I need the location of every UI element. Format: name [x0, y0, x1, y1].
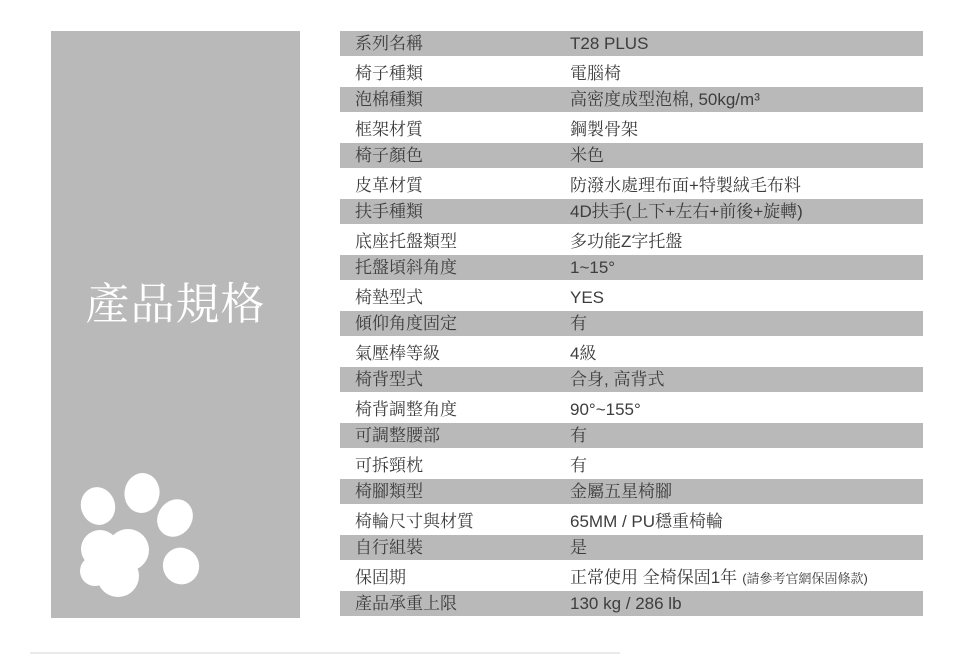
page-title: 產品規格	[51, 31, 300, 332]
spec-row: 椅輪尺寸與材質 65MM / PU穩重椅輪	[340, 507, 923, 535]
spec-value: 65MM / PU穩重椅輪	[570, 513, 923, 530]
spec-value: 130 kg / 286 lb	[570, 595, 923, 612]
spec-label: 椅子顏色	[340, 147, 570, 164]
spec-label: 椅背調整角度	[340, 401, 570, 418]
spec-label: 可拆頸枕	[340, 457, 570, 474]
spec-value: YES	[570, 289, 923, 306]
spec-value: 鋼製骨架	[570, 121, 923, 138]
spec-row: 椅背調整角度 90°~155°	[340, 395, 923, 423]
spec-row: 椅背型式 合身, 高背式	[340, 367, 923, 395]
spec-row: 椅子顏色 米色	[340, 143, 923, 171]
spec-label: 椅腳類型	[340, 483, 570, 500]
spec-row: 皮革材質 防潑水處理布面+特製絨毛布料	[340, 171, 923, 199]
spec-value: 多功能Z字托盤	[570, 233, 923, 250]
spec-label: 傾仰角度固定	[340, 315, 570, 332]
spec-label: 皮革材質	[340, 177, 570, 194]
spec-row: 泡棉種類 高密度成型泡棉, 50kg/m³	[340, 87, 923, 115]
spec-label: 可調整腰部	[340, 427, 570, 444]
spec-label: 椅墊型式	[340, 289, 570, 306]
spec-row: 產品承重上限 130 kg / 286 lb	[340, 591, 923, 619]
spec-value: 是	[570, 539, 923, 556]
spec-value: 防潑水處理布面+特製絨毛布料	[570, 177, 923, 194]
spec-label: 泡棉種類	[340, 91, 570, 108]
spec-row: 扶手種類 4D扶手(上下+左右+前後+旋轉)	[340, 199, 923, 227]
spec-value: 4D扶手(上下+左右+前後+旋轉)	[570, 203, 923, 220]
spec-value: 90°~155°	[570, 401, 923, 418]
spec-label: 保固期	[340, 569, 570, 586]
spec-row: 可拆頸枕 有	[340, 451, 923, 479]
spec-label: 椅子種類	[340, 65, 570, 82]
spec-label: 產品承重上限	[340, 595, 570, 612]
warranty-value: 正常使用 全椅保固1年	[570, 568, 737, 587]
spec-label: 氣壓棒等級	[340, 345, 570, 362]
spec-row: 氣壓棒等級 4級	[340, 339, 923, 367]
spec-label: 扶手種類	[340, 203, 570, 220]
spec-label: 椅輪尺寸與材質	[340, 513, 570, 530]
spec-value: 合身, 高背式	[570, 371, 923, 388]
spec-label: 椅背型式	[340, 371, 570, 388]
spec-value: 4級	[570, 345, 923, 362]
spec-value: 1~15°	[570, 259, 923, 276]
spec-value: 有	[570, 457, 923, 474]
spec-value: 米色	[570, 147, 923, 164]
spec-label: 框架材質	[340, 121, 570, 138]
spec-sidebar: 產品規格	[51, 31, 300, 618]
spec-label: 自行組裝	[340, 539, 570, 556]
spec-row: 框架材質 鋼製骨架	[340, 115, 923, 143]
spec-row: 傾仰角度固定 有	[340, 311, 923, 339]
spec-row: 底座托盤類型 多功能Z字托盤	[340, 227, 923, 255]
spec-label: 托盤頃斜角度	[340, 259, 570, 276]
paw-print-icon	[78, 470, 228, 610]
cropped-bottom-line	[30, 652, 620, 654]
spec-label: 系列名稱	[340, 35, 570, 52]
spec-value: 高密度成型泡棉, 50kg/m³	[570, 91, 923, 108]
spec-row: 椅墊型式 YES	[340, 283, 923, 311]
warranty-note: (請參考官網保固條款)	[742, 571, 868, 586]
spec-row: 椅子種類 電腦椅	[340, 59, 923, 87]
spec-label: 底座托盤類型	[340, 233, 570, 250]
spec-table: 系列名稱 T28 PLUS 椅子種類 電腦椅 泡棉種類 高密度成型泡棉, 50k…	[340, 31, 923, 619]
spec-value: 有	[570, 315, 923, 332]
spec-value: 有	[570, 427, 923, 444]
spec-value: 金屬五星椅腳	[570, 483, 923, 500]
spec-value: T28 PLUS	[570, 35, 923, 52]
spec-row: 可調整腰部 有	[340, 423, 923, 451]
spec-row: 托盤頃斜角度 1~15°	[340, 255, 923, 283]
spec-value: 正常使用 全椅保固1年(請參考官網保固條款)	[570, 569, 923, 586]
spec-row: 椅腳類型 金屬五星椅腳	[340, 479, 923, 507]
spec-row: 自行組裝 是	[340, 535, 923, 563]
product-spec-page: 產品規格 系列名稱 T28 PLUS 椅子種類 電腦椅 泡棉種類 高密度成型泡棉…	[0, 0, 960, 656]
spec-value: 電腦椅	[570, 65, 923, 82]
spec-row: 系列名稱 T28 PLUS	[340, 31, 923, 59]
spec-row: 保固期 正常使用 全椅保固1年(請參考官網保固條款)	[340, 563, 923, 591]
